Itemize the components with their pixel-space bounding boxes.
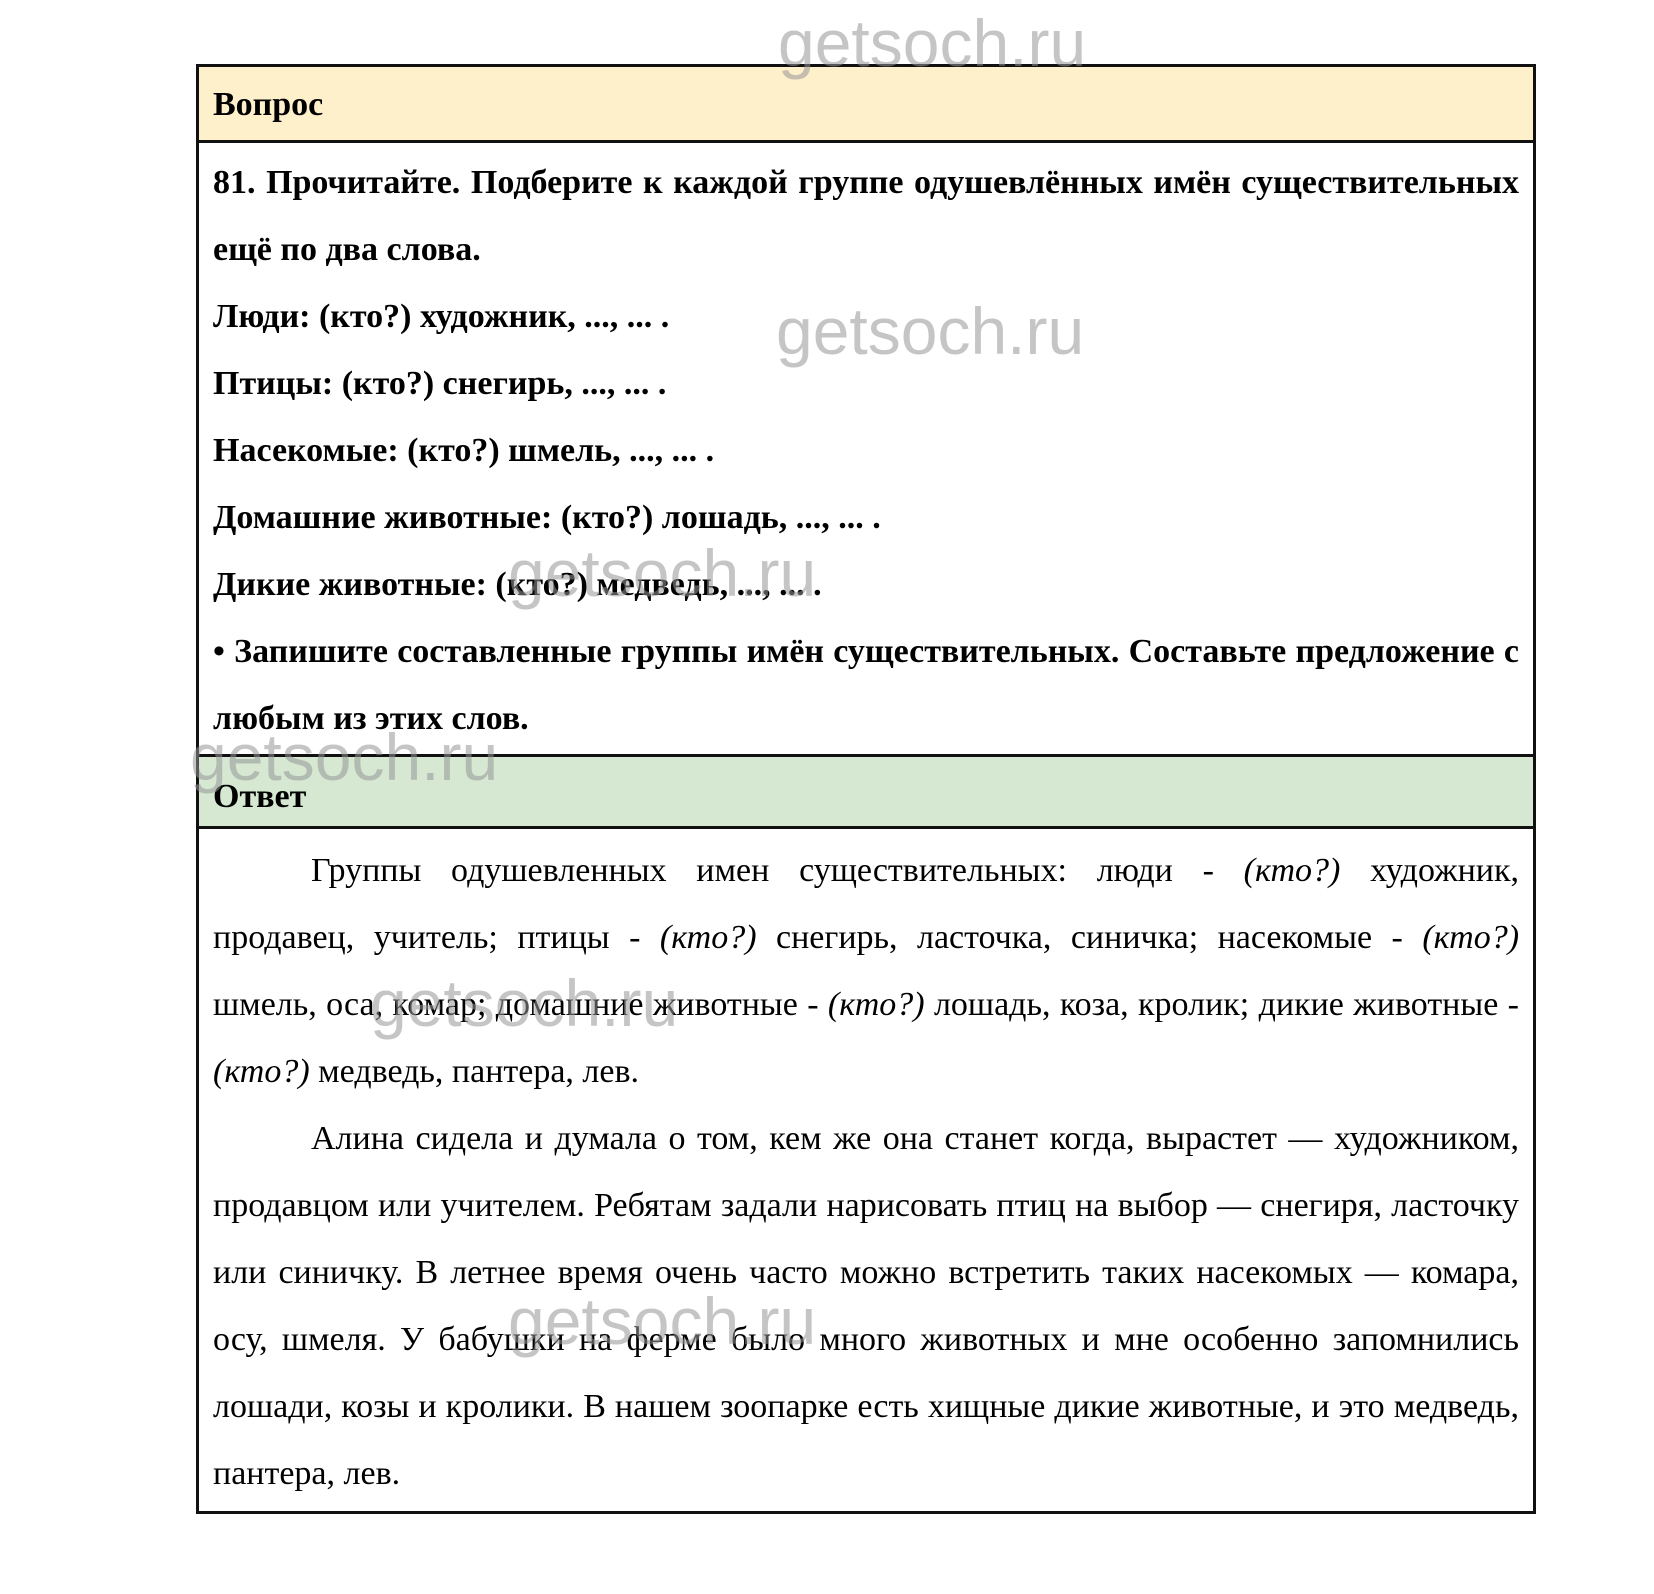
question-group-people: Люди: (кто?) художник, ..., ... . [213,283,1519,350]
answer-paragraph-2: Алина сидела и думала о том, кем же она … [213,1105,1519,1507]
answer-header-label: Ответ [213,778,306,815]
answer-paragraph-1: Группы одушевленных имен существительных… [213,837,1519,1105]
answer-wild: медведь, пантера, лев. [310,1053,639,1090]
qa-table: Вопрос 81. Прочитайте. Подберите к каждо… [196,64,1536,1514]
answer-intro: Группы одушевленных имен существительных… [311,852,1244,889]
question-body: 81. Прочитайте. Подберите к каждой групп… [199,143,1533,754]
kto-question: (кто?) [660,919,757,956]
question-group-domestic: Домашние животные: (кто?) лошадь, ..., .… [213,484,1519,551]
answer-domestic: лошадь, коза, кролик; дикие животные - [925,986,1519,1023]
question-task: 81. Прочитайте. Подберите к каждой групп… [213,149,1519,283]
kto-question: (кто?) [828,986,925,1023]
question-instruction: • Запишите составленные группы имён суще… [213,618,1519,752]
answer-body: Группы одушевленных имен существительных… [199,829,1533,1511]
kto-question: (кто?) [1422,919,1519,956]
question-group-insects: Насекомые: (кто?) шмель, ..., ... . [213,417,1519,484]
answer-insects: шмель, оса, комар; домашние животные - [213,986,828,1023]
question-group-birds: Птицы: (кто?) снегирь, ..., ... . [213,350,1519,417]
question-header: Вопрос [199,67,1533,143]
kto-question: (кто?) [213,1053,310,1090]
kto-question: (кто?) [1244,852,1341,889]
question-group-wild: Дикие животные: (кто?) медведь, ..., ...… [213,551,1519,618]
answer-birds: снегирь, ласточка, синичка; насекомые - [757,919,1423,956]
question-header-label: Вопрос [213,86,323,123]
answer-header: Ответ [199,754,1533,829]
